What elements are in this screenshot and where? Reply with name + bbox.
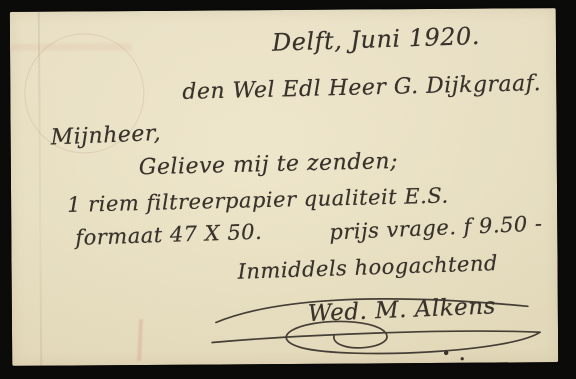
- closing-line: Inmiddels hoogachtend: [237, 251, 498, 284]
- ink-smudge: [10, 43, 132, 51]
- addressee-line: den Wel Edl Heer G. Dijkgraaf.: [182, 71, 541, 105]
- salutation: Mijnheer,: [50, 121, 161, 151]
- dateline: Delft, Juni 1920.: [272, 22, 481, 57]
- request-line: Gelieve mij te zenden;: [139, 149, 399, 180]
- postcard: Delft, Juni 1920. den Wel Edl Heer G. Di…: [10, 8, 558, 366]
- ink-streak: [137, 319, 143, 361]
- order-format-line: formaat 47 X 50.: [75, 220, 263, 250]
- scanned-postcard-image: Delft, Juni 1920. den Wel Edl Heer G. Di…: [0, 0, 576, 379]
- order-item-line: 1 riem filtreerpapier qualiteit E.S.: [67, 184, 449, 217]
- order-price-line: prijs vrage. f 9.50 -: [329, 211, 543, 244]
- ink-dot: [461, 357, 464, 360]
- ink-dot: [444, 351, 448, 355]
